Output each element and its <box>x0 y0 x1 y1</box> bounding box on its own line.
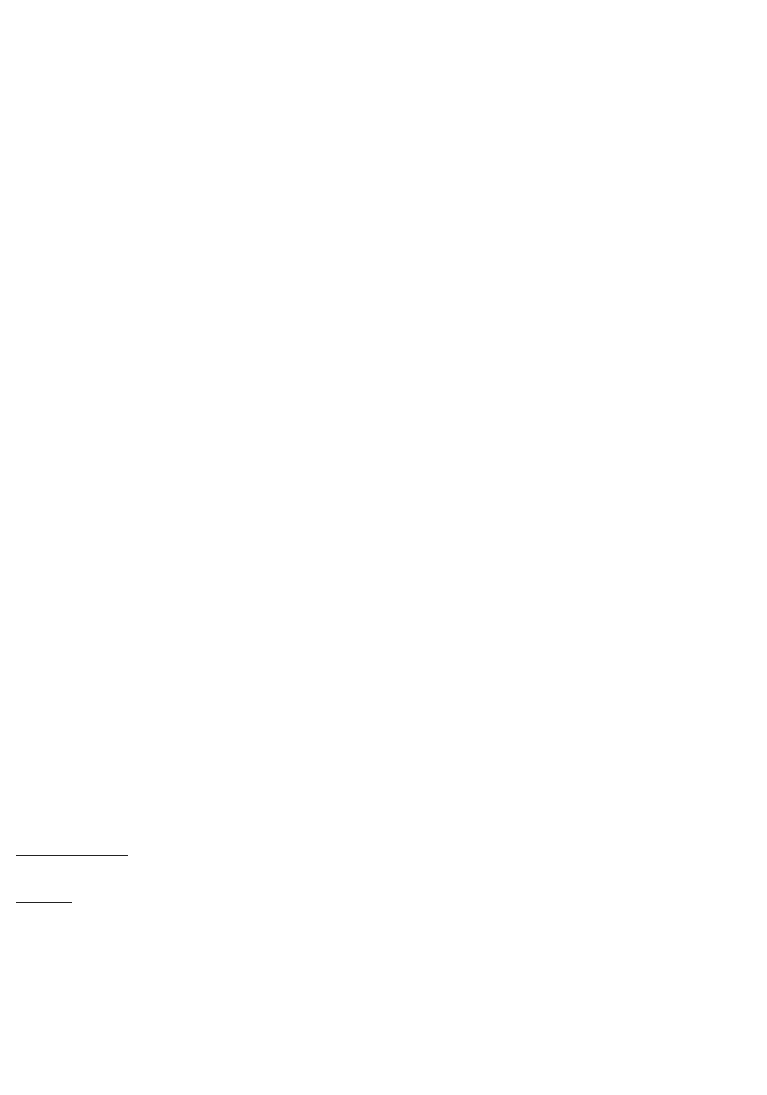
answer-blank-2[interactable] <box>72 840 128 856</box>
fill-in-line <box>16 887 753 907</box>
fill-in-line <box>16 840 753 860</box>
answer-blank-1[interactable] <box>16 840 72 856</box>
answer-blank-3[interactable] <box>16 887 72 903</box>
document-page <box>0 0 767 1095</box>
